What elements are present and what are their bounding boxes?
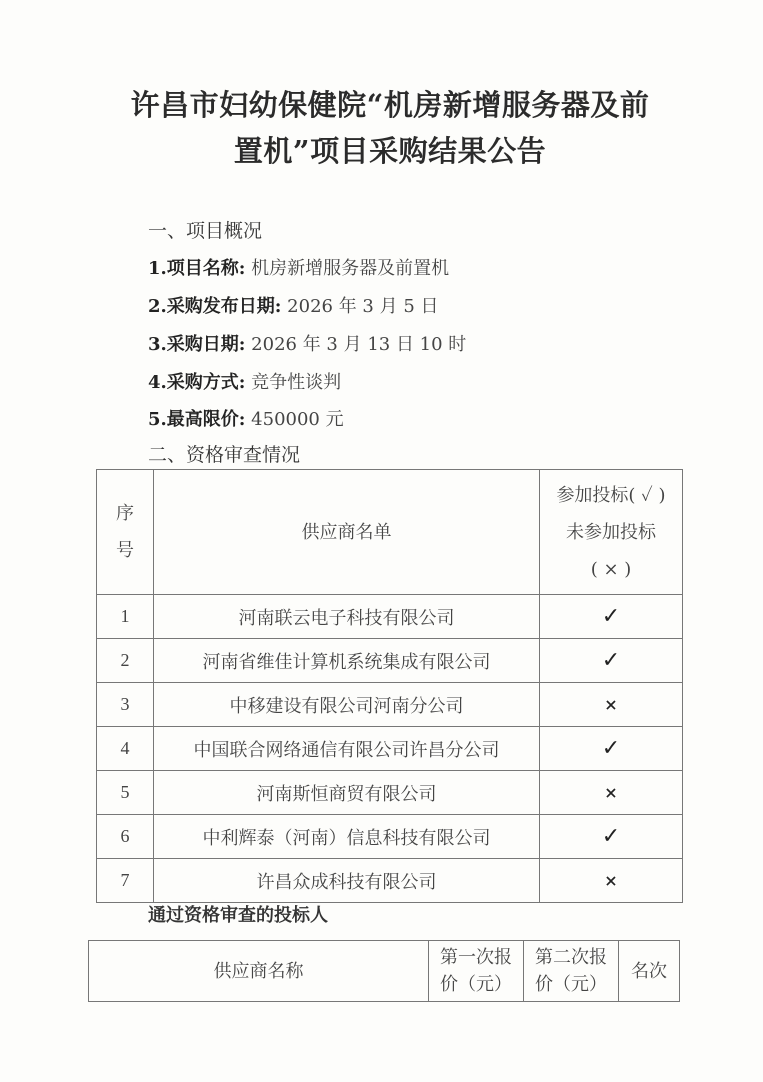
header-rank: 名次 — [619, 941, 680, 1002]
header-bid-line: ( × ) — [541, 551, 681, 588]
check-icon: ✓ — [540, 595, 683, 639]
header-first-quote-line: 第一次报 — [430, 944, 522, 971]
cross-icon: × — [540, 859, 683, 903]
check-icon: ✓ — [540, 727, 683, 771]
table-row: 2 河南省维佳计算机系统集成有限公司 ✓ — [97, 639, 683, 683]
supplier-name: 河南联云电子科技有限公司 — [154, 595, 540, 639]
supplier-name: 河南斯恒商贸有限公司 — [154, 771, 540, 815]
row-number: 4 — [97, 727, 154, 771]
cross-icon: × — [540, 683, 683, 727]
row-number: 5 — [97, 771, 154, 815]
item-label: 5.最高限价: — [148, 409, 245, 430]
item-value: 450000 元 — [251, 409, 343, 430]
qualification-table: 序 号 供应商名单 参加投标( ✓ ) 未参加投标 ( × ) 1 河南联云电子… — [96, 469, 683, 903]
table-row: 7 许昌众成科技有限公司 × — [97, 859, 683, 903]
item-label: 3.采购日期: — [148, 334, 245, 355]
table-row: 6 中利辉泰（河南）信息科技有限公司 ✓ — [97, 815, 683, 859]
table-row: 1 河南联云电子科技有限公司 ✓ — [97, 595, 683, 639]
row-number: 1 — [97, 595, 154, 639]
row-number: 2 — [97, 639, 154, 683]
table-header-row: 序 号 供应商名单 参加投标( ✓ ) 未参加投标 ( × ) — [97, 470, 683, 595]
header-supplier-name: 供应商名称 — [89, 941, 429, 1002]
item-value: 2026 年 3 月 5 日 — [287, 296, 438, 317]
header-first-quote: 第一次报 价（元） — [429, 941, 524, 1002]
qualified-bidders-table: 供应商名称 第一次报 价（元） 第二次报 价（元） 名次 — [88, 940, 680, 1002]
header-second-quote: 第二次报 价（元） — [524, 941, 619, 1002]
table-header-row: 供应商名称 第一次报 价（元） 第二次报 价（元） 名次 — [89, 941, 680, 1002]
header-seq-line: 号 — [98, 532, 152, 569]
page-title: 许昌市妇幼保健院“机房新增服务器及前 置机”项目采购结果公告 — [100, 82, 680, 174]
header-first-quote-line: 价（元） — [430, 971, 522, 998]
item-label: 4.采购方式: — [148, 372, 245, 393]
table-row: 4 中国联合网络通信有限公司许昌分公司 ✓ — [97, 727, 683, 771]
header-seq: 序 号 — [97, 470, 154, 595]
publish-date-item: 2.采购发布日期: 2026 年 3 月 5 日 — [148, 292, 439, 318]
item-value: 竞争性谈判 — [251, 372, 341, 393]
item-label: 2.采购发布日期: — [148, 296, 281, 317]
section-heading-qualification: 二、资格审查情况 — [148, 440, 300, 467]
title-line-1: 许昌市妇幼保健院“机房新增服务器及前 — [100, 82, 680, 128]
cross-icon: × — [540, 771, 683, 815]
header-second-quote-line: 价（元） — [525, 971, 617, 998]
row-number: 7 — [97, 859, 154, 903]
procurement-method-item: 4.采购方式: 竞争性谈判 — [148, 368, 341, 394]
section-heading-overview: 一、项目概况 — [148, 216, 262, 243]
qualified-bidders-heading: 通过资格审查的投标人 — [148, 901, 328, 927]
header-supplier: 供应商名单 — [154, 470, 540, 595]
table-row: 3 中移建设有限公司河南分公司 × — [97, 683, 683, 727]
header-seq-line: 序 — [98, 495, 152, 532]
procurement-date-item: 3.采购日期: 2026 年 3 月 13 日 10 时 — [148, 330, 466, 356]
check-icon: ✓ — [540, 815, 683, 859]
row-number: 6 — [97, 815, 154, 859]
item-value: 2026 年 3 月 13 日 10 时 — [251, 334, 466, 355]
title-line-2: 置机”项目采购结果公告 — [100, 128, 680, 174]
project-name-item: 1.项目名称: 机房新增服务器及前置机 — [148, 254, 449, 280]
supplier-name: 河南省维佳计算机系统集成有限公司 — [154, 639, 540, 683]
supplier-name: 许昌众成科技有限公司 — [154, 859, 540, 903]
table-row: 5 河南斯恒商贸有限公司 × — [97, 771, 683, 815]
row-number: 3 — [97, 683, 154, 727]
header-bid-line: 参加投标( ✓ ) — [541, 477, 681, 514]
header-bid-line: 未参加投标 — [541, 514, 681, 551]
item-value: 机房新增服务器及前置机 — [251, 258, 449, 279]
supplier-name: 中移建设有限公司河南分公司 — [154, 683, 540, 727]
check-icon: ✓ — [540, 639, 683, 683]
item-label: 1.项目名称: — [148, 258, 245, 279]
header-second-quote-line: 第二次报 — [525, 944, 617, 971]
supplier-name: 中利辉泰（河南）信息科技有限公司 — [154, 815, 540, 859]
header-bid-status: 参加投标( ✓ ) 未参加投标 ( × ) — [540, 470, 683, 595]
supplier-name: 中国联合网络通信有限公司许昌分公司 — [154, 727, 540, 771]
max-price-item: 5.最高限价: 450000 元 — [148, 405, 344, 431]
